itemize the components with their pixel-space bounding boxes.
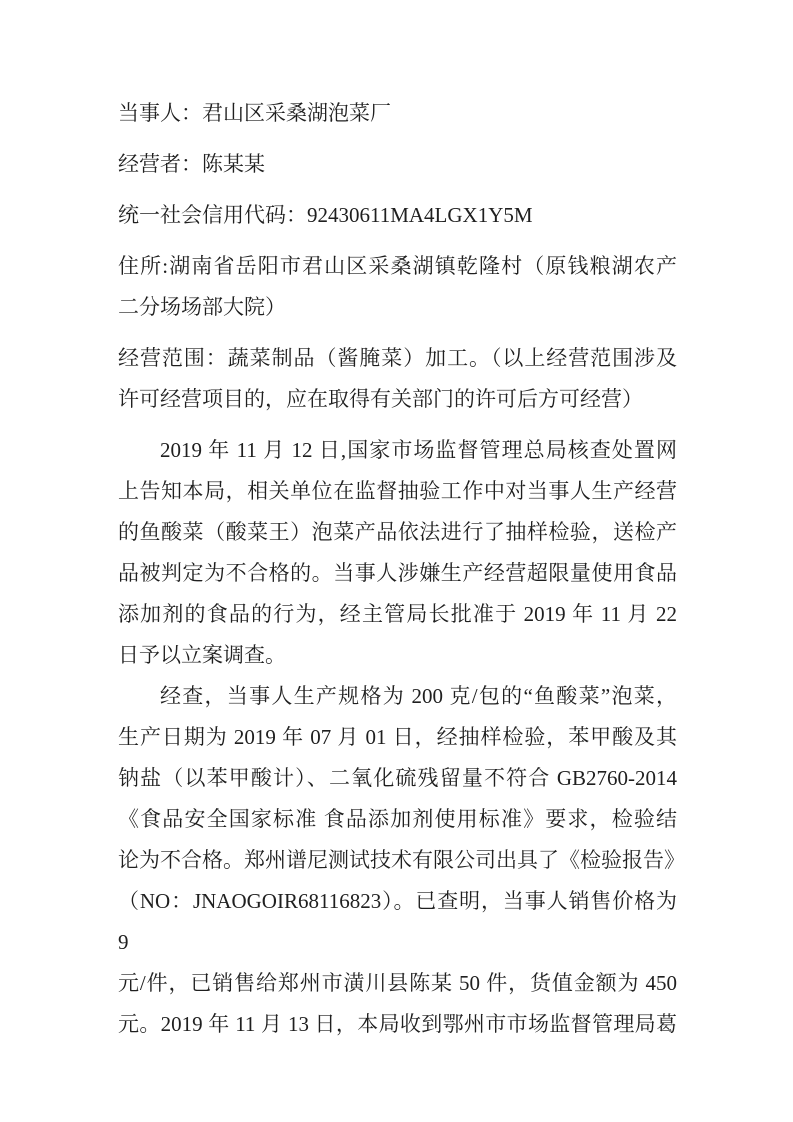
text-line: 经查，当事人生产规格为 200 克/包的“鱼酸菜”泡菜，: [118, 676, 677, 717]
text-line: 许可经营项目的，应在取得有关部门的许可后方可经营）: [118, 379, 677, 420]
paragraph-party: 当事人：君山区采桑湖泡菜厂: [118, 93, 677, 134]
text-line: （NO：JNAOGOIR68116823）。已查明，当事人销售价格为 9: [118, 881, 677, 963]
text-line: 添加剂的食品的行为，经主管局长批准于 2019 年 11 月 22: [118, 594, 677, 635]
text-line: 上告知本局，相关单位在监督抽验工作中对当事人生产经营: [118, 471, 677, 512]
text-line: 元/件，已销售给郑州市潢川县陈某 50 件，货值金额为 450: [118, 963, 677, 1004]
text-line: 品被判定为不合格的。当事人涉嫌生产经营超限量使用食品: [118, 553, 677, 594]
text-line: 日予以立案调查。: [118, 635, 677, 676]
text-line: 当事人：君山区采桑湖泡菜厂: [118, 93, 677, 134]
text-line: 经营者：陈某某: [118, 144, 677, 185]
text-line: 住所:湖南省岳阳市君山区采桑湖镇乾隆村（原钱粮湖农产: [118, 246, 677, 287]
text-line: 统一社会信用代码：92430611MA4LGX1Y5M: [118, 195, 677, 236]
text-line: 2019 年 11 月 12 日,国家市场监督管理总局核查处置网: [118, 430, 677, 471]
paragraph-address: 住所:湖南省岳阳市君山区采桑湖镇乾隆村（原钱粮湖农产 二分场场部大院）: [118, 246, 677, 328]
text-line: 《食品安全国家标准 食品添加剂使用标准》要求，检验结: [118, 799, 677, 840]
paragraph-case-filing: 2019 年 11 月 12 日,国家市场监督管理总局核查处置网 上告知本局，相…: [118, 430, 677, 676]
paragraph-business-scope: 经营范围：蔬菜制品（酱腌菜）加工。（以上经营范围涉及 许可经营项目的，应在取得有…: [118, 338, 677, 420]
text-line: 钠盐（以苯甲酸计）、二氧化硫残留量不符合 GB2760-2014: [118, 758, 677, 799]
text-line: 生产日期为 2019 年 07 月 01 日，经抽样检验，苯甲酸及其: [118, 717, 677, 758]
document-page: 当事人：君山区采桑湖泡菜厂 经营者：陈某某 统一社会信用代码：92430611M…: [0, 0, 793, 1122]
text-line: 二分场场部大院）: [118, 287, 677, 328]
paragraph-credit-code: 统一社会信用代码：92430611MA4LGX1Y5M: [118, 195, 677, 236]
text-line: 的鱼酸菜（酸菜王）泡菜产品依法进行了抽样检验，送检产: [118, 512, 677, 553]
paragraph-operator: 经营者：陈某某: [118, 144, 677, 185]
paragraph-investigation-findings: 经查，当事人生产规格为 200 克/包的“鱼酸菜”泡菜， 生产日期为 2019 …: [118, 676, 677, 1045]
text-line: 论为不合格。郑州谱尼测试技术有限公司出具了《检验报告》: [118, 840, 677, 881]
text-line: 经营范围：蔬菜制品（酱腌菜）加工。（以上经营范围涉及: [118, 338, 677, 379]
text-line: 元。2019 年 11 月 13 日，本局收到鄂州市市场监督管理局葛: [118, 1004, 677, 1045]
